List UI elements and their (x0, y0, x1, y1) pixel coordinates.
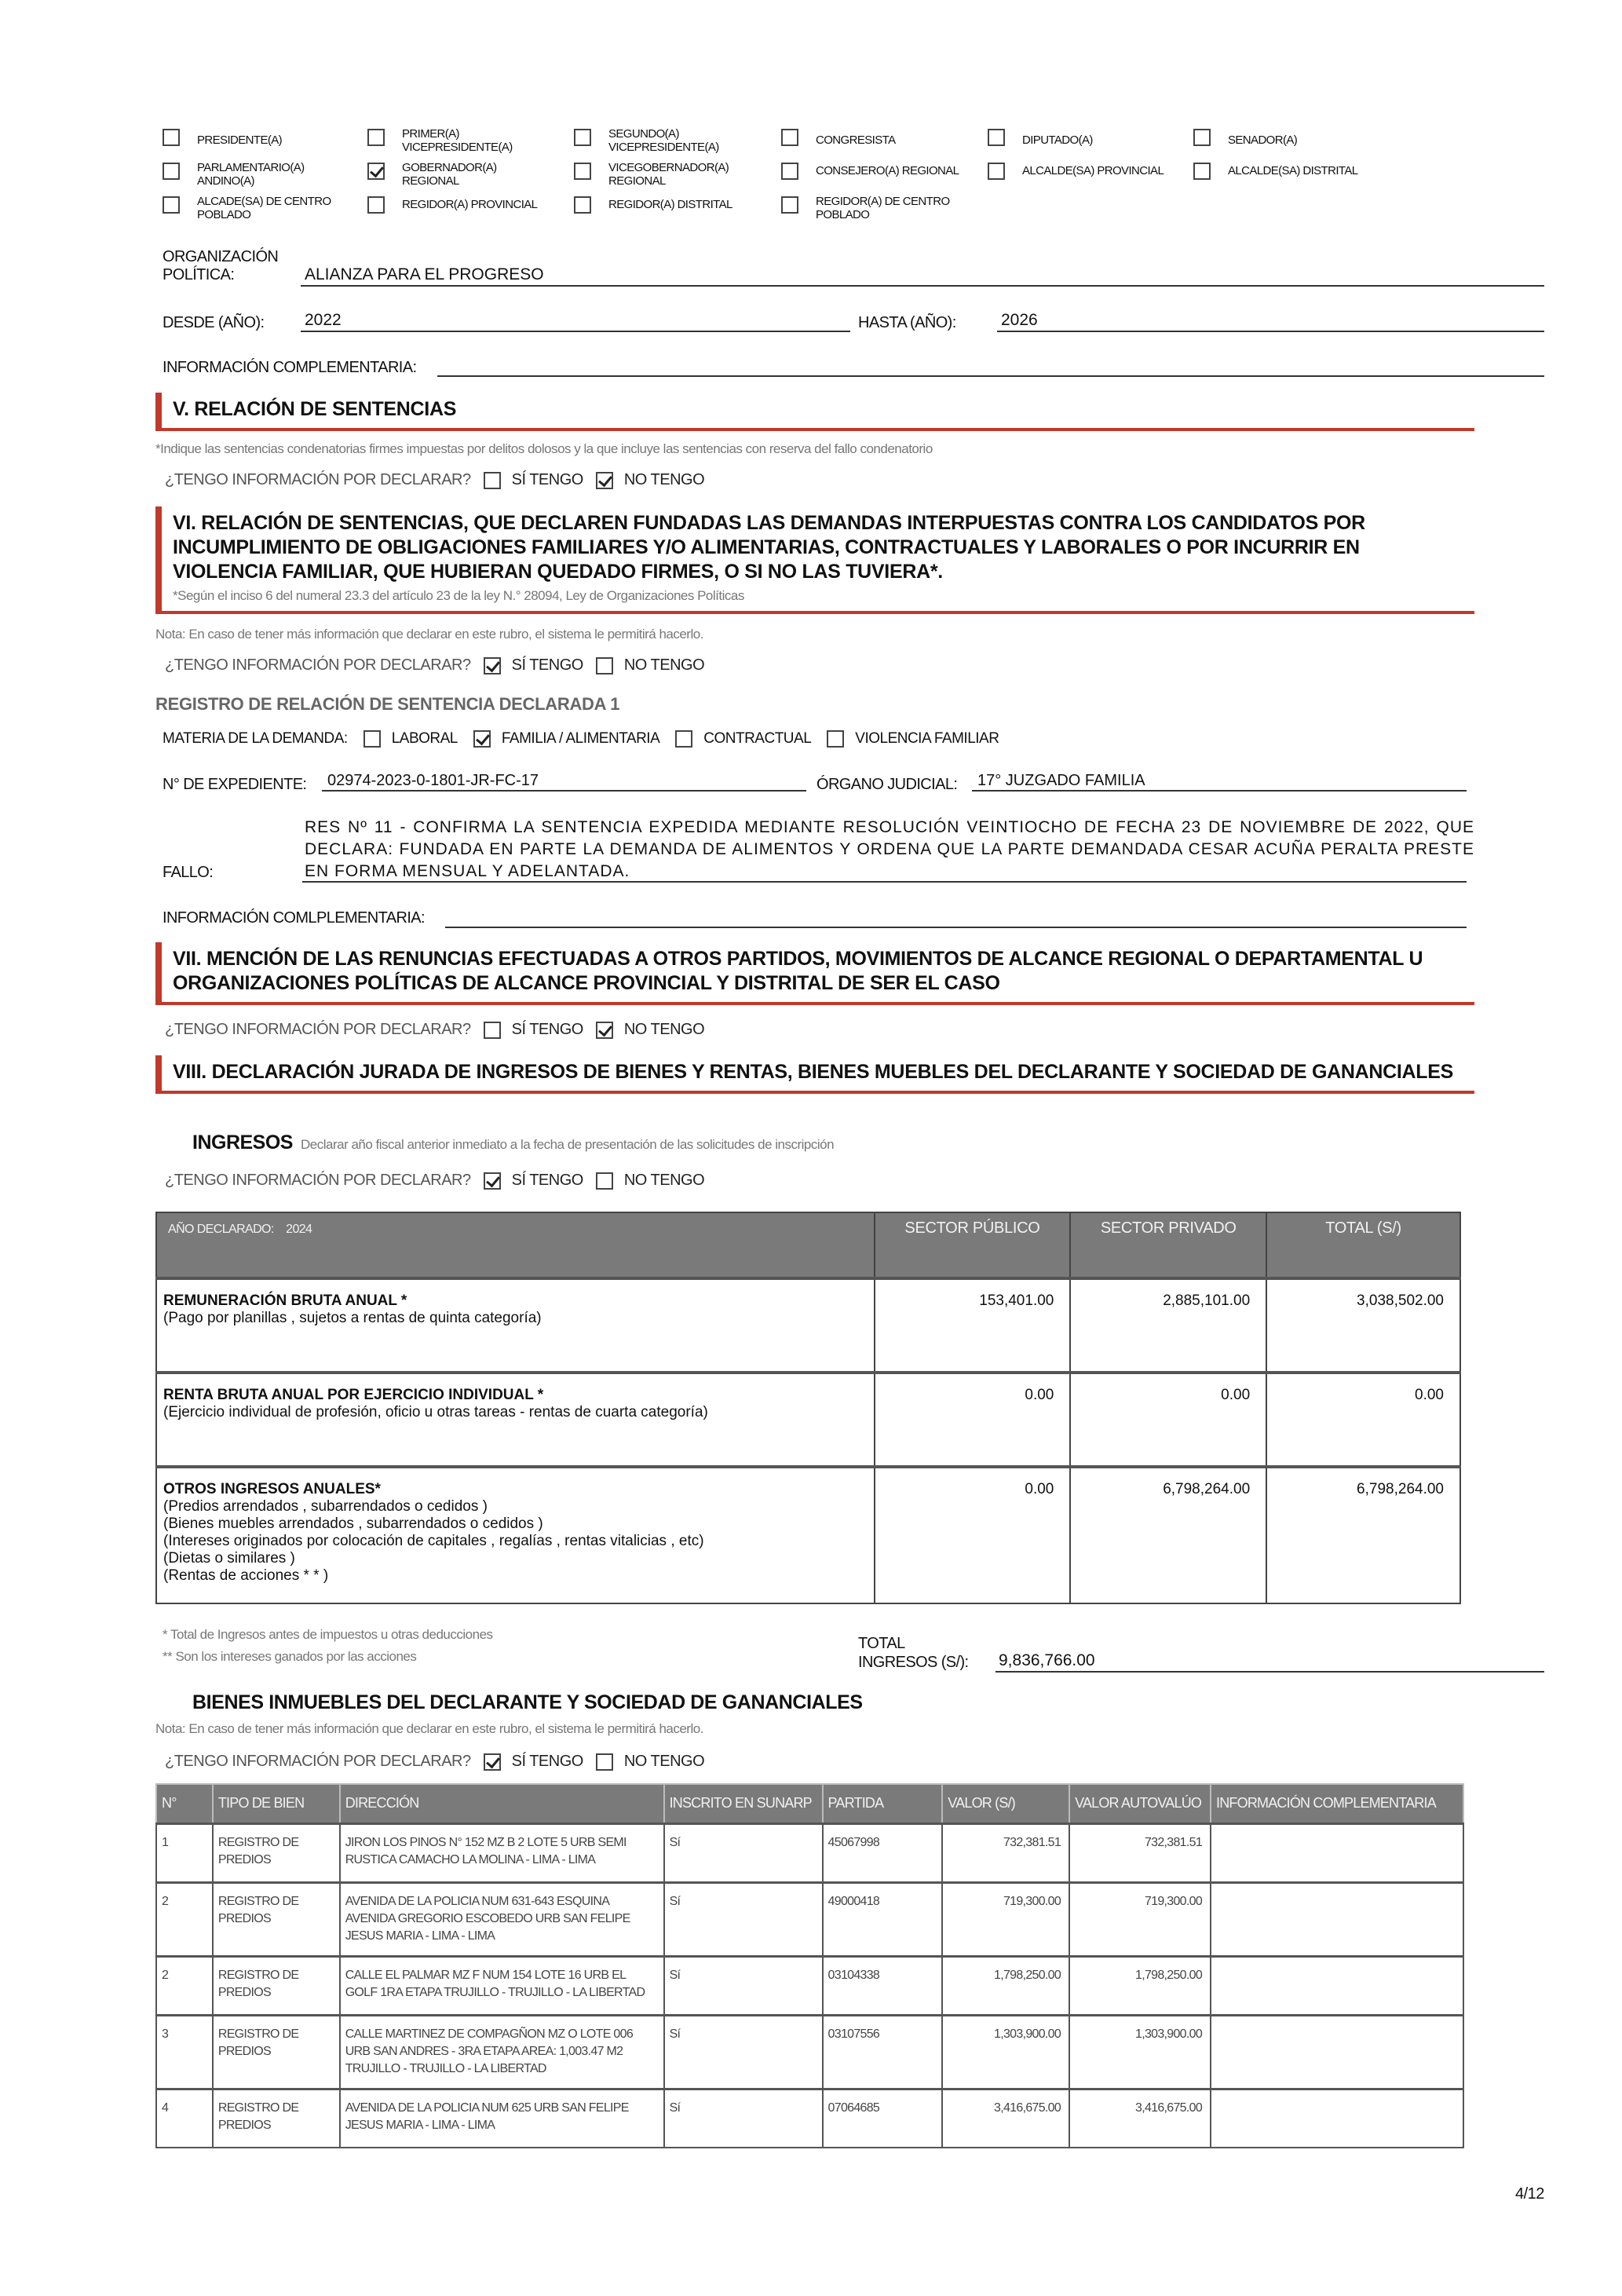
inmuebles-header: INSCRITO EN SUNARP (664, 1784, 823, 1823)
concept-detail: (Pago por planillas , sujetos a rentas d… (163, 1310, 860, 1327)
candidacy-option[interactable]: REGIDOR(A) PROVINCIAL (367, 195, 551, 214)
inmueble-row: 2REGISTRO DE PREDIOSAVENIDA DE LA POLICI… (156, 1882, 1463, 1956)
concept-detail: (Bienes muebles arrendados , subarrendad… (163, 1515, 860, 1533)
no-tengo-checkbox[interactable] (596, 1753, 613, 1771)
materia-checkbox[interactable] (473, 730, 491, 748)
inmueble-row: 3REGISTRO DE PREDIOSCALLE MARTINEZ DE CO… (156, 2015, 1463, 2089)
inmueble-partida: 49000418 (823, 1882, 943, 1956)
checkbox[interactable] (1193, 129, 1211, 146)
info-compl-underline (445, 927, 1467, 928)
concept-title: RENTA BRUTA ANUAL POR EJERCICIO INDIVIDU… (163, 1387, 860, 1404)
inmueble-autovaluo: 1,798,250.00 (1069, 1956, 1211, 2015)
header-total: TOTAL (S/) (1266, 1212, 1460, 1278)
inmueble-direccion: JIRON LOS PINOS N° 152 MZ B 2 LOTE 5 URB… (340, 1823, 664, 1882)
checkbox[interactable] (988, 129, 1005, 146)
inmueble-n: 2 (156, 1956, 213, 2015)
section-vi-header: VI. RELACIÓN DE SENTENCIAS, QUE DECLAREN… (155, 506, 1474, 614)
candidacy-option[interactable]: PARLAMENTARIO(A) ANDINO(A) (163, 161, 346, 188)
candidacy-option[interactable]: ALCADE(SA) DE CENTRO POBLADO (163, 195, 346, 221)
no-tengo-checkbox[interactable] (596, 472, 613, 489)
si-tengo-checkbox[interactable] (484, 1022, 501, 1039)
candidacy-option-label: PRIMER(A) VICEPRESIDENTE(A) (402, 127, 551, 154)
materia-checkbox[interactable] (363, 730, 381, 748)
section-v-header: V. RELACIÓN DE SENTENCIAS (155, 393, 1474, 431)
inmueble-info (1211, 1956, 1463, 2015)
checkbox[interactable] (988, 163, 1005, 180)
inmueble-n: 4 (156, 2089, 213, 2148)
si-tengo-label: SÍ TENGO (512, 471, 583, 489)
total-label-line1: TOTAL (858, 1635, 905, 1652)
inmueble-sunarp: Sí (664, 2089, 823, 2148)
organo-label: ÓRGANO JUDICIAL: (816, 776, 957, 794)
inmueble-valor: 732,381.51 (942, 1823, 1069, 1882)
inmuebles-header: INFORMACIÓN COMPLEMENTARIA (1211, 1784, 1463, 1823)
candidacy-option-label: REGIDOR(A) PROVINCIAL (402, 198, 551, 211)
inmueble-tipo: REGISTRO DE PREDIOS (213, 2015, 340, 2089)
question-label: ¿TENGO INFORMACIÓN POR DECLARAR? (165, 656, 471, 675)
inmuebles-title: BIENES INMUEBLES DEL DECLARANTE Y SOCIED… (192, 1691, 863, 1714)
ingresos-title: INGRESOS (192, 1132, 293, 1154)
inmuebles-table: N°TIPO DE BIENDIRECCIÓNINSCRITO EN SUNAR… (155, 1783, 1464, 2148)
no-tengo-label: NO TENGO (624, 656, 704, 675)
section-viii-header: VIII. DECLARACIÓN JURADA DE INGRESOS DE … (155, 1055, 1474, 1094)
candidacy-option-label: SEGUNDO(A) VICEPRESIDENTE(A) (608, 127, 758, 154)
checkbox[interactable] (163, 129, 180, 146)
inmueble-row: 4REGISTRO DE PREDIOSAVENIDA DE LA POLICI… (156, 2089, 1463, 2148)
expediente-label: N° DE EXPEDIENTE: (163, 776, 306, 794)
desde-underline (301, 331, 850, 332)
ingresos-row: OTROS INGRESOS ANUALES*(Predios arrendad… (156, 1467, 1460, 1603)
ingresos-total: 0.00 (1266, 1373, 1460, 1467)
section-vii-header: VII. MENCIÓN DE LAS RENUNCIAS EFECTUADAS… (155, 942, 1474, 1005)
inmueble-info (1211, 1823, 1463, 1882)
inmueble-tipo: REGISTRO DE PREDIOS (213, 1882, 340, 1956)
candidacy-option-label: ALCADE(SA) DE CENTRO POBLADO (197, 195, 346, 221)
inmueble-tipo: REGISTRO DE PREDIOS (213, 1823, 340, 1882)
candidacy-option[interactable]: ALCALDE(SA) PROVINCIAL (988, 161, 1171, 180)
si-tengo-checkbox[interactable] (484, 1753, 501, 1771)
hasta-value[interactable]: 2026 (1001, 311, 1038, 330)
info-compl-label: INFORMACIÓN COMLPLEMENTARIA: (163, 909, 425, 927)
section-v-note: *Indique las sentencias condenatorias fi… (155, 441, 933, 457)
inmueble-valor: 719,300.00 (942, 1882, 1069, 1956)
inmueble-valor: 3,416,675.00 (942, 2089, 1069, 2148)
inmueble-partida: 07064685 (823, 2089, 943, 2148)
candidacy-option-label: DIPUTADO(A) (1022, 133, 1171, 147)
checkbox[interactable] (781, 129, 798, 146)
inmueble-valor: 1,303,900.00 (942, 2015, 1069, 2089)
si-tengo-checkbox[interactable] (484, 1172, 501, 1190)
ingresos-total: 3,038,502.00 (1266, 1278, 1460, 1373)
organo-value[interactable]: 17° JUZGADO FAMILIA (977, 772, 1145, 790)
inmueble-direccion: AVENIDA DE LA POLICIA NUM 625 URB SAN FE… (340, 2089, 664, 2148)
inmueble-sunarp: Sí (664, 1823, 823, 1882)
candidacy-option[interactable]: CONSEJERO(A) REGIONAL (781, 161, 965, 180)
candidacy-option-label: CONGRESISTA (816, 133, 965, 147)
inmuebles-question: ¿TENGO INFORMACIÓN POR DECLARAR? SÍ TENG… (165, 1753, 717, 1771)
inmueble-n: 3 (156, 2015, 213, 2089)
ingresos-privado: 2,885,101.00 (1070, 1278, 1266, 1373)
section-vi-subnote: *Según el inciso 6 del numeral 23.3 del … (173, 587, 1459, 605)
si-tengo-checkbox[interactable] (484, 472, 501, 489)
checkbox[interactable] (574, 196, 591, 214)
checkbox[interactable] (163, 163, 180, 180)
inmuebles-header: VALOR AUTOVALÚO (1069, 1784, 1211, 1823)
ingresos-row: RENTA BRUTA ANUAL POR EJERCICIO INDIVIDU… (156, 1373, 1460, 1467)
section-vii-question: ¿TENGO INFORMACIÓN POR DECLARAR? SÍ TENG… (165, 1021, 717, 1039)
si-tengo-label: SÍ TENGO (512, 1172, 583, 1190)
footnote-2: ** Son los intereses ganados por las acc… (163, 1649, 416, 1665)
materia-checkbox[interactable] (827, 730, 844, 748)
no-tengo-label: NO TENGO (624, 1021, 704, 1039)
ingresos-publico: 153,401.00 (875, 1278, 1071, 1373)
candidacy-option-label: PARLAMENTARIO(A) ANDINO(A) (197, 161, 346, 188)
ingresos-concept: REMUNERACIÓN BRUTA ANUAL *(Pago por plan… (156, 1278, 875, 1373)
expediente-underline (322, 790, 806, 792)
concept-title: OTROS INGRESOS ANUALES* (163, 1481, 860, 1498)
candidacy-option[interactable]: SEGUNDO(A) VICEPRESIDENTE(A) (574, 127, 758, 154)
inmuebles-header: N° (156, 1784, 213, 1823)
ingresos-publico: 0.00 (875, 1467, 1071, 1603)
ingresos-row: REMUNERACIÓN BRUTA ANUAL *(Pago por plan… (156, 1278, 1460, 1373)
inmueble-n: 2 (156, 1882, 213, 1956)
checkbox[interactable] (574, 129, 591, 146)
section-viii-title: VIII. DECLARACIÓN JURADA DE INGRESOS DE … (173, 1061, 1453, 1083)
inmueble-partida: 03107556 (823, 2015, 943, 2089)
inmueble-autovaluo: 732,381.51 (1069, 1823, 1211, 1882)
si-tengo-label: SÍ TENGO (512, 656, 583, 675)
concept-detail: (Dietas o similares ) (163, 1550, 860, 1567)
candidacy-option[interactable]: CONGRESISTA (781, 127, 965, 147)
candidacy-option-label: ALCALDE(SA) DISTRITAL (1228, 164, 1377, 177)
candidacy-option-label: REGIDOR(A) DE CENTRO POBLADO (816, 195, 965, 221)
ingresos-heading: INGRESOS Declarar año fiscal anterior in… (192, 1132, 834, 1154)
total-ingresos-label: TOTAL INGRESOS (S/): (858, 1634, 969, 1672)
question-label: ¿TENGO INFORMACIÓN POR DECLARAR? (165, 1021, 471, 1039)
section-v-title: V. RELACIÓN DE SENTENCIAS (173, 398, 456, 420)
ingresos-privado: 0.00 (1070, 1373, 1266, 1467)
inmueble-direccion: AVENIDA DE LA POLICIA NUM 631-643 ESQUIN… (340, 1882, 664, 1956)
no-tengo-label: NO TENGO (624, 1172, 704, 1190)
hasta-underline (997, 331, 1544, 332)
inmueble-n: 1 (156, 1823, 213, 1882)
candidacy-option-label: SENADOR(A) (1228, 133, 1377, 147)
total-ingresos-value: 9,836,766.00 (999, 1651, 1095, 1670)
materia-option-label: LABORAL (392, 730, 458, 748)
question-label: ¿TENGO INFORMACIÓN POR DECLARAR? (165, 1172, 471, 1190)
candidacy-option[interactable]: GOBERNADOR(A) REGIONAL (367, 161, 551, 188)
inmuebles-header: VALOR (S/) (942, 1784, 1069, 1823)
desde-label: DESDE (AÑO): (163, 314, 264, 332)
fallo-label: FALLO: (163, 864, 213, 882)
footnote-1: * Total de Ingresos antes de impuestos u… (163, 1627, 493, 1643)
fallo-value[interactable]: RES Nº 11 - CONFIRMA LA SENTENCIA EXPEDI… (305, 817, 1474, 883)
inmueble-direccion: CALLE MARTINEZ DE COMPAGÑON MZ O LOTE 00… (340, 2015, 664, 2089)
inmueble-partida: 45067998 (823, 1823, 943, 1882)
inmuebles-header: PARTIDA (823, 1784, 943, 1823)
inmuebles-header: TIPO DE BIEN (213, 1784, 340, 1823)
concept-title: REMUNERACIÓN BRUTA ANUAL * (163, 1292, 860, 1310)
si-tengo-label: SÍ TENGO (512, 1021, 583, 1039)
section-vii-title: VII. MENCIÓN DE LAS RENUNCIAS EFECTUADAS… (173, 948, 1423, 994)
checkbox-checked[interactable] (367, 163, 385, 180)
question-label: ¿TENGO INFORMACIÓN POR DECLARAR? (165, 471, 471, 489)
info-label: INFORMACIÓN COMPLEMENTARIA: (163, 359, 416, 377)
inmuebles-header: DIRECCIÓN (340, 1784, 664, 1823)
total-underline (995, 1671, 1544, 1673)
inmueble-partida: 03104338 (823, 1956, 943, 2015)
registro-title: REGISTRO DE RELACIÓN DE SENTENCIA DECLAR… (155, 694, 619, 715)
candidacy-option[interactable]: PRIMER(A) VICEPRESIDENTE(A) (367, 127, 551, 154)
ingresos-table: AÑO DECLARADO: 2024 SECTOR PÚBLICO SECTO… (155, 1212, 1461, 1604)
ingresos-total: 6,798,264.00 (1266, 1467, 1460, 1603)
desde-value[interactable]: 2022 (305, 311, 342, 330)
concept-detail: (Predios arrendados , subarrendados o ce… (163, 1498, 860, 1515)
header-privado: SECTOR PRIVADO (1070, 1212, 1266, 1278)
materia-checkbox[interactable] (675, 730, 692, 748)
no-tengo-label: NO TENGO (624, 471, 704, 489)
fallo-underline (302, 881, 1467, 883)
section-vi-nota: Nota: En caso de tener más información q… (155, 627, 703, 642)
materia-row: MATERIA DE LA DEMANDA: LABORALFAMILIA / … (163, 730, 999, 748)
inmueble-autovaluo: 1,303,900.00 (1069, 2015, 1211, 2089)
inmueble-autovaluo: 3,416,675.00 (1069, 2089, 1211, 2148)
inmueble-row: 2REGISTRO DE PREDIOSCALLE EL PALMAR MZ F… (156, 1956, 1463, 2015)
org-label: ORGANIZACIÓN POLÍTICA: (163, 248, 272, 284)
inmuebles-nota: Nota: En caso de tener más información q… (155, 1721, 703, 1737)
section-vi-question: ¿TENGO INFORMACIÓN POR DECLARAR? SÍ TENG… (165, 656, 717, 675)
inmueble-autovaluo: 719,300.00 (1069, 1882, 1211, 1956)
no-tengo-label: NO TENGO (624, 1753, 704, 1771)
checkbox[interactable] (574, 163, 591, 180)
section-vi-title: VI. RELACIÓN DE SENTENCIAS, QUE DECLAREN… (173, 512, 1365, 583)
candidacy-option-label: REGIDOR(A) DISTRITAL (608, 198, 758, 211)
ingresos-publico: 0.00 (875, 1373, 1071, 1467)
checkbox[interactable] (781, 196, 798, 214)
candidacy-option[interactable]: ALCALDE(SA) DISTRITAL (1193, 161, 1377, 180)
inmueble-info (1211, 2089, 1463, 2148)
materia-option-label: VIOLENCIA FAMILIAR (855, 730, 999, 748)
checkbox[interactable] (367, 129, 385, 146)
candidacy-option-label: ALCALDE(SA) PROVINCIAL (1022, 164, 1171, 177)
year-header: AÑO DECLARADO: 2024 (156, 1212, 875, 1278)
candidacy-option[interactable]: REGIDOR(A) DE CENTRO POBLADO (781, 195, 965, 221)
org-value: ALIANZA PARA EL PROGRESO (305, 265, 544, 284)
question-label: ¿TENGO INFORMACIÓN POR DECLARAR? (165, 1753, 471, 1771)
inmueble-tipo: REGISTRO DE PREDIOS (213, 2089, 340, 2148)
candidacy-option[interactable]: VICEGOBERNADOR(A) REGIONAL (574, 161, 758, 188)
year-value: 2024 (286, 1223, 312, 1236)
candidacy-option[interactable]: PRESIDENTE(A) (163, 127, 346, 147)
ingresos-concept: RENTA BRUTA ANUAL POR EJERCICIO INDIVIDU… (156, 1373, 875, 1467)
org-underline (301, 285, 1544, 287)
hasta-label: HASTA (AÑO): (858, 314, 956, 332)
candidacy-option-label: PRESIDENTE(A) (197, 133, 346, 147)
year-label: AÑO DECLARADO: (168, 1223, 274, 1236)
inmueble-valor: 1,798,250.00 (942, 1956, 1069, 2015)
no-tengo-checkbox[interactable] (596, 1022, 613, 1039)
inmueble-direccion: CALLE EL PALMAR MZ F NUM 154 LOTE 16 URB… (340, 1956, 664, 2015)
organo-underline (972, 790, 1467, 792)
page-number: 4/12 (1515, 2185, 1544, 2203)
concept-detail: (Intereses originados por colocación de … (163, 1533, 860, 1550)
total-label-line2: INGRESOS (S/): (858, 1654, 969, 1671)
candidacy-option[interactable]: SENADOR(A) (1193, 127, 1377, 147)
inmueble-sunarp: Sí (664, 1956, 823, 2015)
candidacy-option[interactable]: DIPUTADO(A) (988, 127, 1171, 147)
checkbox[interactable] (1193, 163, 1211, 180)
ingresos-note: Declarar año fiscal anterior inmediato a… (301, 1137, 834, 1153)
ingresos-concept: OTROS INGRESOS ANUALES*(Predios arrendad… (156, 1467, 875, 1603)
checkbox[interactable] (781, 163, 798, 180)
materia-option-label: FAMILIA / ALIMENTARIA (502, 730, 659, 748)
section-viii-question: ¿TENGO INFORMACIÓN POR DECLARAR? SÍ TENG… (165, 1172, 717, 1190)
concept-detail: (Ejercicio individual de profesión, ofic… (163, 1404, 860, 1421)
concept-detail: (Rentas de acciones * * ) (163, 1567, 860, 1585)
checkbox[interactable] (367, 196, 385, 214)
section-v-question: ¿TENGO INFORMACIÓN POR DECLARAR? SÍ TENG… (165, 471, 717, 489)
inmueble-sunarp: Sí (664, 1882, 823, 1956)
candidacy-option-label: GOBERNADOR(A) REGIONAL (402, 161, 551, 188)
ingresos-privado: 6,798,264.00 (1070, 1467, 1266, 1603)
materia-option-label: CONTRACTUAL (703, 730, 811, 748)
header-publico: SECTOR PÚBLICO (875, 1212, 1071, 1278)
no-tengo-checkbox[interactable] (596, 657, 613, 675)
inmueble-info (1211, 1882, 1463, 1956)
candidacy-option-label: CONSEJERO(A) REGIONAL (816, 164, 965, 177)
inmueble-info (1211, 2015, 1463, 2089)
info-underline (437, 375, 1544, 377)
checkbox[interactable] (163, 196, 180, 214)
inmueble-sunarp: Sí (664, 2015, 823, 2089)
materia-label: MATERIA DE LA DEMANDA: (163, 730, 348, 748)
candidacy-option[interactable]: REGIDOR(A) DISTRITAL (574, 195, 758, 214)
expediente-value[interactable]: 02974-2023-0-1801-JR-FC-17 (327, 772, 539, 790)
inmueble-tipo: REGISTRO DE PREDIOS (213, 1956, 340, 2015)
si-tengo-label: SÍ TENGO (512, 1753, 583, 1771)
no-tengo-checkbox[interactable] (596, 1172, 613, 1190)
candidacy-option-label: VICEGOBERNADOR(A) REGIONAL (608, 161, 758, 188)
si-tengo-checkbox[interactable] (484, 657, 501, 675)
inmueble-row: 1REGISTRO DE PREDIOSJIRON LOS PINOS N° 1… (156, 1823, 1463, 1882)
